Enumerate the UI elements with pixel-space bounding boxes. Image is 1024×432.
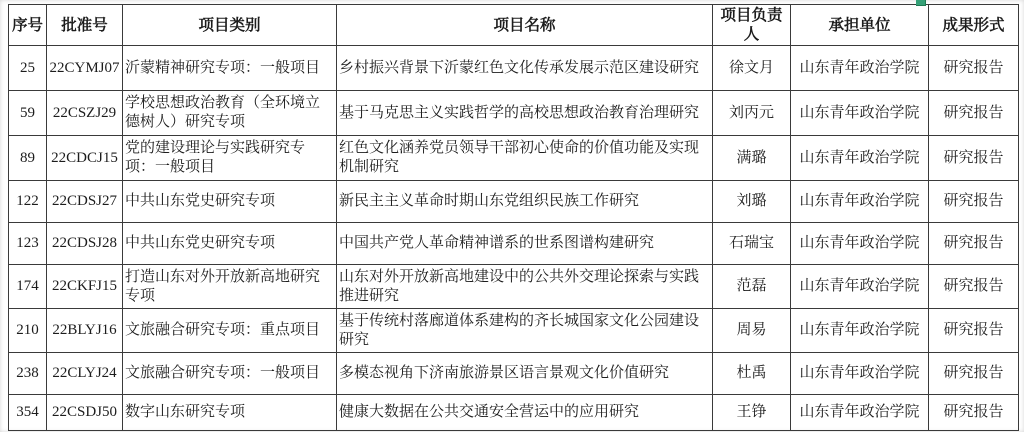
header-category: 项目类别 [123, 5, 337, 46]
table-row: 238 22CLYJ24 文旅融合研究专项：一般项目 多模态视角下济南旅游景区语… [9, 353, 1019, 395]
unit-cell: 山东青年政治学院 [791, 136, 929, 181]
leader-cell: 满璐 [713, 136, 791, 181]
leader-cell: 杜禹 [713, 353, 791, 395]
table-row: 123 22CDSJ28 中共山东党史研究专项 中国共产党人革命精神谱系的世系图… [9, 223, 1019, 265]
category-cell: 中共山东党史研究专项 [123, 181, 337, 223]
result-form-cell: 研究报告 [929, 353, 1019, 395]
result-form-cell: 研究报告 [929, 395, 1019, 431]
leader-cell: 刘丙元 [713, 91, 791, 136]
result-form-cell: 研究报告 [929, 136, 1019, 181]
result-form-cell: 研究报告 [929, 265, 1019, 309]
unit-cell: 山东青年政治学院 [791, 309, 929, 353]
result-form-cell: 研究报告 [929, 91, 1019, 136]
table-row: 174 22CKFJ15 打造山东对外开放新高地研究专项 山东对外开放新高地建设… [9, 265, 1019, 309]
table-row: 59 22CSZJ29 学校思想政治教育（全环境立德树人）研究专项 基于马克思主… [9, 91, 1019, 136]
leader-cell: 石瑞宝 [713, 223, 791, 265]
unit-cell: 山东青年政治学院 [791, 46, 929, 91]
approval-no-cell: 22CDSJ28 [47, 223, 123, 265]
projects-table: 序号 批准号 项目类别 项目名称 项目负责人 承担单位 成果形式 25 22CY… [8, 4, 1019, 431]
header-project-name: 项目名称 [337, 5, 713, 46]
table-row: 122 22CDSJ27 中共山东党史研究专项 新民主主义革命时期山东党组织民族… [9, 181, 1019, 223]
category-cell: 文旅融合研究专项：一般项目 [123, 353, 337, 395]
result-form-cell: 研究报告 [929, 181, 1019, 223]
category-cell: 打造山东对外开放新高地研究专项 [123, 265, 337, 309]
project-name-cell: 基于马克思主义实践哲学的高校思想政治教育治理研究 [337, 91, 713, 136]
leader-cell: 徐文月 [713, 46, 791, 91]
serial-cell: 210 [9, 309, 47, 353]
approval-no-cell: 22CSZJ29 [47, 91, 123, 136]
project-name-cell: 乡村振兴背景下沂蒙红色文化传承发展示范区建设研究 [337, 46, 713, 91]
header-approval-no: 批准号 [47, 5, 123, 46]
unit-cell: 山东青年政治学院 [791, 223, 929, 265]
serial-cell: 89 [9, 136, 47, 181]
unit-cell: 山东青年政治学院 [791, 395, 929, 431]
serial-cell: 238 [9, 353, 47, 395]
header-leader: 项目负责人 [713, 5, 791, 46]
category-cell: 数字山东研究专项 [123, 395, 337, 431]
spreadsheet-selection-marker [916, 0, 926, 6]
serial-cell: 59 [9, 91, 47, 136]
leader-cell: 周易 [713, 309, 791, 353]
project-name-cell: 新民主主义革命时期山东党组织民族工作研究 [337, 181, 713, 223]
project-name-cell: 多模态视角下济南旅游景区语言景观文化价值研究 [337, 353, 713, 395]
table-row: 89 22CDCJ15 党的建设理论与实践研究专项：一般项目 红色文化涵养党员领… [9, 136, 1019, 181]
result-form-cell: 研究报告 [929, 223, 1019, 265]
serial-cell: 122 [9, 181, 47, 223]
approval-no-cell: 22CSDJ50 [47, 395, 123, 431]
header-serial: 序号 [9, 5, 47, 46]
approval-no-cell: 22CYMJ07 [47, 46, 123, 91]
category-cell: 党的建设理论与实践研究专项：一般项目 [123, 136, 337, 181]
unit-cell: 山东青年政治学院 [791, 353, 929, 395]
table-row: 354 22CSDJ50 数字山东研究专项 健康大数据在公共交通安全营运中的应用… [9, 395, 1019, 431]
category-cell: 学校思想政治教育（全环境立德树人）研究专项 [123, 91, 337, 136]
serial-cell: 123 [9, 223, 47, 265]
unit-cell: 山东青年政治学院 [791, 91, 929, 136]
header-unit: 承担单位 [791, 5, 929, 46]
project-name-cell: 红色文化涵养党员领导干部初心使命的价值功能及实现机制研究 [337, 136, 713, 181]
category-cell: 中共山东党史研究专项 [123, 223, 337, 265]
project-name-cell: 健康大数据在公共交通安全营运中的应用研究 [337, 395, 713, 431]
category-cell: 文旅融合研究专项：重点项目 [123, 309, 337, 353]
serial-cell: 174 [9, 265, 47, 309]
table-row: 25 22CYMJ07 沂蒙精神研究专项：一般项目 乡村振兴背景下沂蒙红色文化传… [9, 46, 1019, 91]
approval-no-cell: 22CDSJ27 [47, 181, 123, 223]
approval-no-cell: 22BLYJ16 [47, 309, 123, 353]
unit-cell: 山东青年政治学院 [791, 181, 929, 223]
unit-cell: 山东青年政治学院 [791, 265, 929, 309]
serial-cell: 354 [9, 395, 47, 431]
project-name-cell: 中国共产党人革命精神谱系的世系图谱构建研究 [337, 223, 713, 265]
leader-cell: 刘璐 [713, 181, 791, 223]
project-name-cell: 基于传统村落廊道体系建构的齐长城国家文化公园建设研究 [337, 309, 713, 353]
approval-no-cell: 22CDCJ15 [47, 136, 123, 181]
serial-cell: 25 [9, 46, 47, 91]
approval-no-cell: 22CLYJ24 [47, 353, 123, 395]
result-form-cell: 研究报告 [929, 46, 1019, 91]
leader-cell: 王铮 [713, 395, 791, 431]
category-cell: 沂蒙精神研究专项：一般项目 [123, 46, 337, 91]
approval-no-cell: 22CKFJ15 [47, 265, 123, 309]
table-row: 210 22BLYJ16 文旅融合研究专项：重点项目 基于传统村落廊道体系建构的… [9, 309, 1019, 353]
header-row: 序号 批准号 项目类别 项目名称 项目负责人 承担单位 成果形式 [9, 5, 1019, 46]
document-page: 序号 批准号 项目类别 项目名称 项目负责人 承担单位 成果形式 25 22CY… [0, 0, 1024, 432]
result-form-cell: 研究报告 [929, 309, 1019, 353]
leader-cell: 范磊 [713, 265, 791, 309]
header-result-form: 成果形式 [929, 5, 1019, 46]
project-name-cell: 山东对外开放新高地建设中的公共外交理论探索与实践推进研究 [337, 265, 713, 309]
